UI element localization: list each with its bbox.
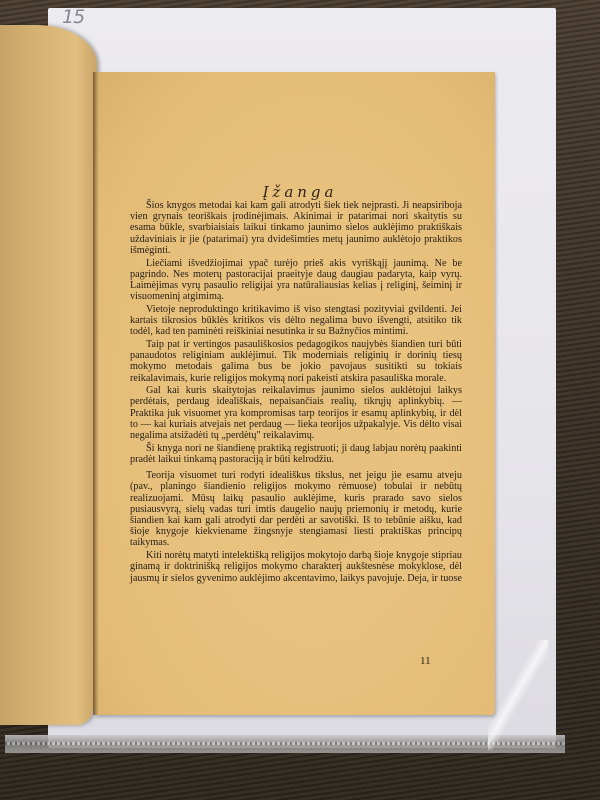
paragraph: Gal kai kuris skaitytojas reikalavimus j… [130,385,462,441]
left-page-curl [0,25,97,725]
plastic-sleeve-edge [5,735,565,753]
handwritten-number: 15 [62,6,84,28]
paragraph: Vietoje neproduktingo kritikavimo iš vis… [130,304,462,338]
chapter-title: Įžanga [0,183,600,201]
plastic-sleeve-glare [488,640,548,750]
paragraph: Kiti norėtų matyti intelektišką religijo… [130,550,462,584]
paragraph: Šios knygos metodai kai kam gali atrodyt… [130,200,462,256]
page-number: 11 [420,655,431,667]
paragraph: Teorija visuomet turi rodyti ideališkus … [130,470,462,548]
paragraph: Ši knyga nori ne šiandienę praktiką regi… [130,443,462,465]
body-text: Šios knygos metodai kai kam gali atrodyt… [130,200,462,585]
paragraph: Liečiami išvedžiojimai ypač turėjo prieš… [130,258,462,303]
spine-shadow [93,72,99,715]
paragraph: Taip pat ir vertingos pasauliškosios ped… [130,339,462,384]
